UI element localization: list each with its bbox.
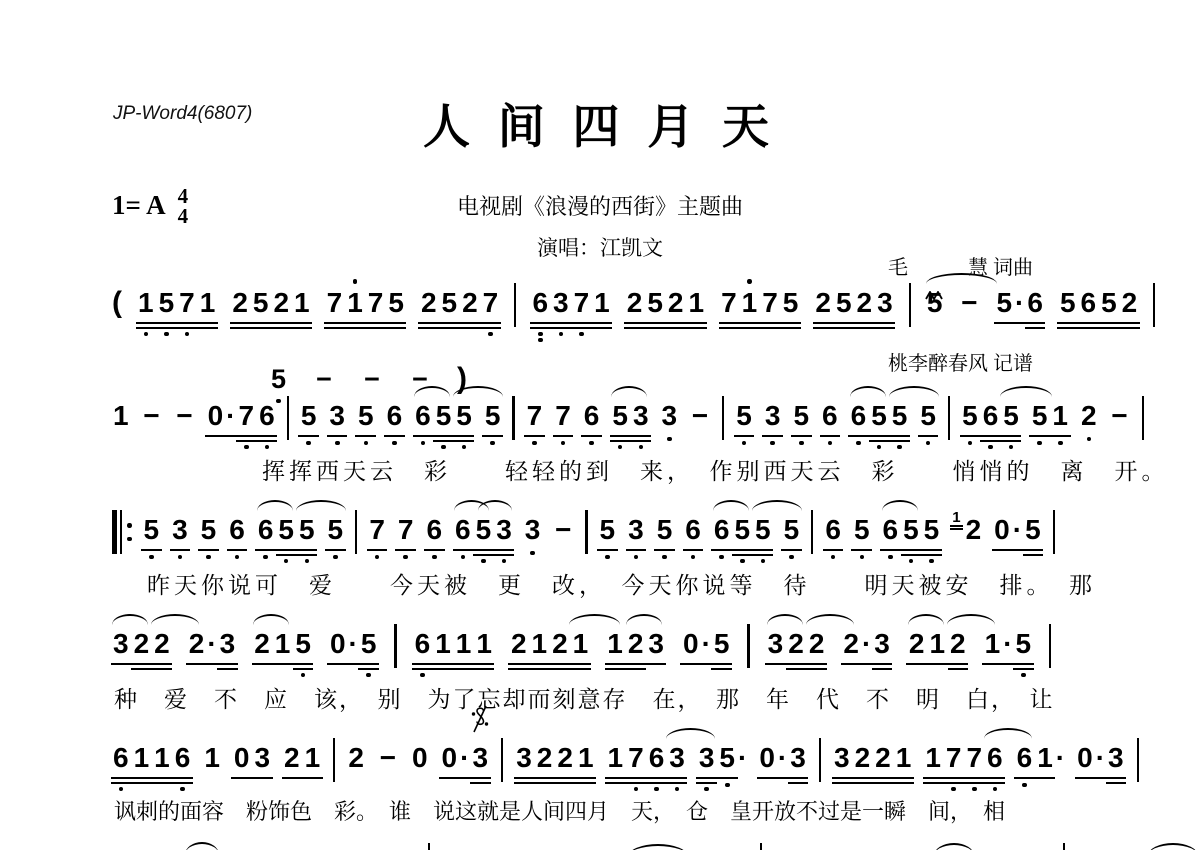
beam-line xyxy=(680,663,701,665)
digit: 6 xyxy=(649,742,665,773)
note-group: 0·3 xyxy=(441,742,489,774)
digit: 2 xyxy=(668,287,684,318)
note: 1 xyxy=(924,742,942,774)
digit: · xyxy=(738,742,747,773)
barline xyxy=(1153,283,1155,327)
digit: 1 xyxy=(742,287,758,318)
note: 0 xyxy=(329,628,347,660)
digit: 3 xyxy=(877,287,893,318)
digit: 7 xyxy=(483,287,499,318)
note: 2 xyxy=(856,287,874,319)
beam-line xyxy=(454,440,475,442)
note-group: 655 xyxy=(882,514,941,546)
note-group: 61· xyxy=(1016,742,1064,774)
beam-line xyxy=(384,435,405,437)
digit: 2 xyxy=(254,628,270,659)
beam-line xyxy=(686,327,707,329)
note: 5 xyxy=(435,400,453,432)
beam-line xyxy=(1023,549,1044,551)
beam-line xyxy=(852,782,873,784)
note: 7 xyxy=(368,514,386,546)
note: 2 xyxy=(556,742,574,774)
digit: 3 xyxy=(662,400,678,431)
beam-line xyxy=(570,663,591,665)
barline xyxy=(819,738,821,782)
slur xyxy=(112,614,148,626)
notes-row: 3222·32150·5611121211230·53222·32121·5 xyxy=(112,628,1055,668)
note: 5 xyxy=(735,400,753,432)
slur xyxy=(569,614,620,626)
note: 3 xyxy=(552,287,570,319)
note-group: 0·5 xyxy=(682,628,730,660)
digit: 3 xyxy=(834,742,850,773)
note-group: 5 xyxy=(656,514,674,546)
slur xyxy=(478,500,512,512)
note-group: 53 xyxy=(611,400,649,432)
note: 2 xyxy=(949,628,967,660)
slur xyxy=(253,614,289,626)
note: 5 xyxy=(1059,287,1077,319)
beam-line xyxy=(992,549,1013,551)
slur xyxy=(1000,386,1052,398)
octave-dot-low xyxy=(691,555,696,560)
note: 6 xyxy=(454,514,472,546)
beam-line xyxy=(152,777,173,779)
digit: 6 xyxy=(229,514,245,545)
note-group: 5 xyxy=(919,400,937,432)
beam-line xyxy=(780,327,801,329)
digit: 1 xyxy=(573,628,589,659)
beam-line xyxy=(575,777,596,779)
note: 5 xyxy=(713,628,731,660)
digit: 7 xyxy=(946,742,962,773)
octave-dot-low xyxy=(530,551,535,556)
note: 2 xyxy=(908,628,926,660)
digit: 1 xyxy=(607,628,623,659)
octave-dot-low xyxy=(561,441,566,446)
digit: 2 xyxy=(966,514,982,545)
note: 1 xyxy=(928,628,946,660)
beam-line xyxy=(236,440,257,442)
beam-line xyxy=(875,327,896,329)
note: 6 xyxy=(531,287,549,319)
octave-dot-low xyxy=(333,555,338,560)
beam-line xyxy=(901,554,922,556)
note: · xyxy=(1056,742,1065,774)
clipped-barline xyxy=(1063,843,1065,850)
digit: 0 xyxy=(683,628,699,659)
digit: 2 xyxy=(843,628,859,659)
note: 3 xyxy=(219,628,237,660)
beam-line xyxy=(529,663,550,665)
note: 3 xyxy=(661,400,679,432)
beam-line xyxy=(711,668,732,670)
digit: 6 xyxy=(983,400,999,431)
digit: 1 xyxy=(1037,742,1053,773)
beam-line xyxy=(395,549,416,551)
note-group: 6 xyxy=(425,514,443,546)
barline xyxy=(811,510,813,554)
digit: 6 xyxy=(415,628,431,659)
octave-dot-low xyxy=(719,555,724,560)
octave-dot-low xyxy=(968,441,973,446)
beam-line xyxy=(141,549,162,551)
slur xyxy=(257,500,293,512)
beam-line xyxy=(918,435,939,437)
beam-line xyxy=(292,327,313,329)
digit: 7 xyxy=(398,514,414,545)
barline xyxy=(1137,738,1139,782)
beam-line xyxy=(980,440,1001,442)
beam-line xyxy=(610,435,631,437)
digit: 2 xyxy=(421,287,437,318)
note: · xyxy=(207,628,216,660)
beam-line xyxy=(550,663,571,665)
octave-dot-low xyxy=(589,441,594,446)
beam-line xyxy=(474,663,495,665)
note-group: 5 xyxy=(327,514,345,546)
note-group: 5 xyxy=(357,400,375,432)
beam-line xyxy=(460,327,481,329)
beam-line xyxy=(923,782,944,784)
octave-dot-low xyxy=(634,787,639,792)
note-group: 3 xyxy=(171,514,189,546)
beam-line xyxy=(136,327,157,329)
note: 1 xyxy=(304,742,322,774)
beam-line xyxy=(732,549,753,551)
beam-line xyxy=(386,327,407,329)
beam-line xyxy=(665,322,686,324)
note: 2 xyxy=(1080,400,1098,432)
beam-line xyxy=(412,663,433,665)
octave-dot-low xyxy=(235,555,240,560)
beam-line xyxy=(852,777,873,779)
digit: 2 xyxy=(552,628,568,659)
octave-dot-low xyxy=(206,555,211,560)
barline xyxy=(501,738,503,782)
note: 5 xyxy=(611,400,629,432)
beam-line xyxy=(906,663,927,665)
note: 5 xyxy=(835,287,853,319)
beam-line xyxy=(345,322,366,324)
beam-line xyxy=(948,663,969,665)
beam-line xyxy=(470,782,491,784)
digit: 3 xyxy=(633,400,649,431)
beam-line xyxy=(732,554,753,556)
dash-note: − xyxy=(361,364,383,394)
digit: 1 xyxy=(347,287,363,318)
digit: 7 xyxy=(238,400,254,431)
beam-line xyxy=(570,668,591,670)
beam-line xyxy=(960,435,981,437)
note-group: 1571 xyxy=(137,287,216,319)
note: 0 xyxy=(411,742,429,774)
note-group: 51 xyxy=(1031,400,1069,432)
octave-dot-low xyxy=(284,559,289,564)
note-group: 5 xyxy=(270,364,287,394)
beam-line xyxy=(875,322,896,324)
note: 5 xyxy=(1100,287,1118,319)
notes-row: 6116103212−00·33221176335·0·33221177661·… xyxy=(112,742,1139,782)
digit: 3 xyxy=(874,628,890,659)
note: 2 xyxy=(808,628,826,660)
note: 5 xyxy=(357,400,375,432)
beam-line xyxy=(625,668,646,670)
beam-line xyxy=(833,327,854,329)
note-group: 6111 xyxy=(414,628,493,660)
beam-line xyxy=(252,777,273,779)
note: 1 xyxy=(274,628,292,660)
octave-dot-low xyxy=(675,787,680,792)
digit: 3 xyxy=(790,742,806,773)
octave-dot-low xyxy=(421,441,426,446)
beam-line xyxy=(358,663,379,665)
beam-line xyxy=(197,322,218,324)
note: 6 xyxy=(982,400,1000,432)
music-system-4: 3222·32150·5611121211230·53222·32121·5种 … xyxy=(112,628,1055,714)
digit: 6 xyxy=(685,514,701,545)
note: 3 xyxy=(767,628,785,660)
digit: 3 xyxy=(472,742,488,773)
note: 5 xyxy=(792,400,810,432)
beam-line xyxy=(667,777,688,779)
octave-dot-low xyxy=(929,559,934,564)
digit: 3 xyxy=(516,742,532,773)
note-group: 655 xyxy=(257,514,316,546)
digit: 5 xyxy=(253,287,269,318)
beam-line xyxy=(786,668,807,670)
octave-dot-low xyxy=(1021,673,1026,678)
note: 7 xyxy=(945,742,963,774)
note-group: 2521 xyxy=(231,287,310,319)
note-group: 212 xyxy=(908,628,967,660)
beam-line xyxy=(786,663,807,665)
slur xyxy=(666,728,715,740)
digit: 7 xyxy=(628,742,644,773)
beam-line xyxy=(365,322,386,324)
beam-line xyxy=(760,322,781,324)
slur xyxy=(947,614,995,626)
beam-line xyxy=(136,322,157,324)
octave-dot-low xyxy=(579,332,584,337)
beam-line xyxy=(172,782,193,784)
barline xyxy=(948,396,950,440)
beam-line xyxy=(424,549,445,551)
digit: 0 xyxy=(234,742,250,773)
note-group: 7 xyxy=(397,514,415,546)
digit: 5 xyxy=(358,400,374,431)
note: 1 xyxy=(951,510,961,525)
beam-line xyxy=(873,777,894,779)
note-group: 322 xyxy=(767,628,826,660)
barline xyxy=(1142,396,1144,440)
note-group: 3 xyxy=(328,400,346,432)
note: 5 xyxy=(961,400,979,432)
note: 5 xyxy=(599,514,617,546)
octave-dot-high xyxy=(353,279,358,284)
note: 5 xyxy=(646,287,664,319)
beam-line xyxy=(889,435,910,437)
octave-dot-low xyxy=(532,441,537,446)
digit: 6 xyxy=(584,400,600,431)
digit: 3 xyxy=(525,514,541,545)
note: 3 xyxy=(789,742,807,774)
slur xyxy=(806,614,854,626)
beam-line xyxy=(460,322,481,324)
note: · xyxy=(1096,742,1105,774)
note: 3 xyxy=(1107,742,1125,774)
note: 2 xyxy=(461,287,479,319)
note: 6 xyxy=(986,742,1004,774)
note: 6 xyxy=(414,628,432,660)
octave-dot-low xyxy=(877,445,882,450)
note: 2 xyxy=(965,514,983,546)
beam-line xyxy=(1014,777,1035,779)
octave-dot-low xyxy=(740,559,745,564)
digit: 2 xyxy=(189,628,205,659)
note: 2 xyxy=(420,287,438,319)
digit: 2 xyxy=(1122,287,1138,318)
note-group: 5 xyxy=(599,514,617,546)
beam-line xyxy=(553,435,574,437)
note: 7 xyxy=(326,287,344,319)
note: 0 xyxy=(441,742,459,774)
digit: 6 xyxy=(883,514,899,545)
digit: 7 xyxy=(527,400,543,431)
digit: 6 xyxy=(113,742,129,773)
beam-line xyxy=(626,549,647,551)
digit: 0 xyxy=(330,628,346,659)
digit: 5 xyxy=(647,287,663,318)
note: 5 xyxy=(294,628,312,660)
digit: 3 xyxy=(220,628,236,659)
digit: 1 xyxy=(134,742,150,773)
note: 5 xyxy=(300,400,318,432)
digit: 5 xyxy=(924,514,940,545)
digit: 2 xyxy=(154,628,170,659)
beam-line xyxy=(833,322,854,324)
beam-line xyxy=(250,327,271,329)
beam-line xyxy=(1001,440,1022,442)
note: · xyxy=(460,742,469,774)
note-group: 12 xyxy=(951,514,982,546)
digit: 5 xyxy=(996,287,1012,318)
beam-line xyxy=(719,327,740,329)
octave-dot-low xyxy=(860,555,865,560)
beam-line xyxy=(474,668,495,670)
note: 6 xyxy=(1016,742,1034,774)
note: 5 xyxy=(441,287,459,319)
beam-line xyxy=(250,322,271,324)
note: 1 xyxy=(346,287,364,319)
beam-line xyxy=(551,322,572,324)
digit: · xyxy=(1013,514,1022,545)
note-group: 5 xyxy=(926,287,944,319)
note: 7 xyxy=(965,742,983,774)
digit: 2 xyxy=(857,287,873,318)
note: 2 xyxy=(874,742,892,774)
digit: 1 xyxy=(456,628,472,659)
octave-dot-low xyxy=(305,559,310,564)
barline xyxy=(1049,624,1051,668)
note: 7 xyxy=(573,287,591,319)
beam-line xyxy=(358,668,379,670)
digit: 5 xyxy=(278,514,294,545)
note-group: 5652 xyxy=(1059,287,1138,319)
dash-note: − xyxy=(377,742,399,774)
beam-line xyxy=(605,777,626,779)
digit: 5 xyxy=(854,514,870,545)
note: 3 xyxy=(873,628,891,660)
beam-line xyxy=(823,549,844,551)
digit: 5 xyxy=(485,400,501,431)
digit: 3 xyxy=(172,514,188,545)
slur xyxy=(713,500,749,512)
beam-line xyxy=(433,668,454,670)
note: 1 xyxy=(607,742,625,774)
note: 5 xyxy=(327,514,345,546)
barline xyxy=(287,396,289,440)
octave-dot-low xyxy=(488,332,493,337)
music-system-5: 6116103212−00·33221176335·0·33221177661·… xyxy=(112,742,1139,826)
octave-dot-low xyxy=(481,559,486,564)
note: 2 xyxy=(667,287,685,319)
note: 7 xyxy=(482,287,500,319)
digit: 7 xyxy=(368,287,384,318)
digit: 5 xyxy=(476,514,492,545)
dash-note: − xyxy=(552,514,574,546)
octave-dot-low xyxy=(951,787,956,792)
note: 6 xyxy=(821,400,839,432)
beam-line xyxy=(813,322,834,324)
note: 3 xyxy=(471,742,489,774)
beam-line xyxy=(1050,435,1071,437)
digit: 3 xyxy=(765,400,781,431)
digit: 5 xyxy=(1060,287,1076,318)
note-group: 35· xyxy=(698,742,746,774)
digit: · xyxy=(460,742,469,773)
beam-line xyxy=(1106,777,1127,779)
score-area: (157125217175252763712521717525235−5·656… xyxy=(0,0,1200,850)
beam-line xyxy=(686,322,707,324)
beam-line xyxy=(575,782,596,784)
note: 7 xyxy=(554,400,572,432)
beam-line xyxy=(893,782,914,784)
digit: 3 xyxy=(648,628,664,659)
note: 3 xyxy=(495,514,513,546)
note: 5 xyxy=(995,287,1013,319)
note: 2 xyxy=(347,742,365,774)
digit: 1 xyxy=(925,742,941,773)
beam-line xyxy=(806,668,827,670)
digit: 5 xyxy=(734,514,750,545)
note-group: 3 xyxy=(764,400,782,432)
repeat-sign xyxy=(112,510,132,554)
note: 6 xyxy=(1026,287,1044,319)
beam-line xyxy=(1106,782,1127,784)
beam-line xyxy=(1078,327,1099,329)
beam-line xyxy=(921,549,942,551)
note-group: 6 xyxy=(684,514,702,546)
note-group: 7 xyxy=(368,514,386,546)
beam-line xyxy=(131,782,152,784)
digit: 7 xyxy=(327,287,343,318)
beam-line xyxy=(1001,435,1022,437)
digit: 1 xyxy=(594,287,610,318)
digit: 5 xyxy=(1025,514,1041,545)
note: 0 xyxy=(993,514,1011,546)
beam-line xyxy=(605,663,626,665)
